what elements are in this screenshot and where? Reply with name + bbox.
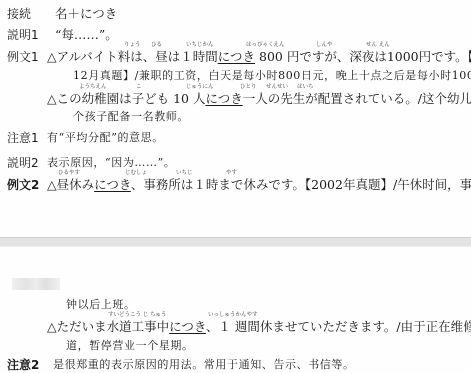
example2-translation2: 道，暂停营业一个星期。: [66, 337, 194, 353]
sentence-part: △アルバイト料は、昼は１時間: [47, 49, 218, 64]
example2-sentence1: △昼休みにつき、事務所は１時まで休みです。【2002年真题】/午休时间，事务所一…: [47, 175, 471, 193]
keyword-nitsuki: につき: [218, 49, 255, 64]
note2-label: 注意2: [7, 356, 39, 373]
example1-translation1: 12月真题】/兼职的工资，白天是每小时800日元，晚上十点之后是每小时1000日…: [73, 67, 471, 83]
blurred-watermark: [12, 278, 60, 290]
sentence-part: △この幼稚園は子ども 10 人: [47, 91, 205, 106]
keyword-nitsuki: につき: [169, 319, 206, 334]
example2-sentence2: △ただいま水道工事中につき、１ 週間休ませていただきます。/由于正在维修下水: [47, 317, 471, 335]
example1-sentence1: △アルバイト料は、昼は１時間につき 800 円ですが、深夜は1000円です。【2…: [47, 47, 471, 65]
sentence-part: △ただいま水道工事中: [47, 319, 169, 334]
sentence-part: △昼休み: [47, 177, 94, 192]
keyword-nitsuki: につき: [94, 177, 131, 192]
keyword-nitsuki: につき: [205, 91, 242, 106]
example1-translation2: 个孩子配备一名教师。: [73, 108, 189, 124]
note2-text: 是很郑重的表示原因的用法。常用于通知、告示、书信等。: [53, 356, 355, 372]
connect-label: 接続: [7, 5, 31, 22]
sentence-part: 、事務所は１時まで休みです。【2002年真题】/午休时间，事务所一点: [131, 177, 471, 192]
sentence-part: 一人の先生が配置されている。/这个幼儿园，每十: [243, 91, 471, 106]
sentence-part: 800 円ですが、深夜は1000円です。【2009年: [255, 49, 471, 64]
connect-text: 名＋につき: [55, 4, 117, 22]
explain1-label: 説明1: [7, 26, 39, 43]
document-page-top: 接続 名＋につき 説明1 “每……”。 りょう ひる いちじかん はっぴゃくえん…: [0, 0, 471, 237]
sentence-part: 、１ 週間休ませていただきます。/由于正在维修下水: [206, 319, 471, 334]
explain1-text: “每……”。: [55, 25, 118, 43]
example2-label: 例文2: [7, 176, 39, 193]
note1-text: 有“平均分配”的意思。: [47, 129, 164, 145]
page-separator: [0, 237, 471, 247]
explain2-label: 説明2: [7, 154, 39, 171]
example1-sentence2: △この幼稚園は子ども 10 人につき一人の先生が配置されている。/这个幼儿园，每…: [47, 89, 471, 107]
note1-label: 注意1: [7, 129, 39, 146]
example1-label: 例文1: [7, 48, 39, 65]
